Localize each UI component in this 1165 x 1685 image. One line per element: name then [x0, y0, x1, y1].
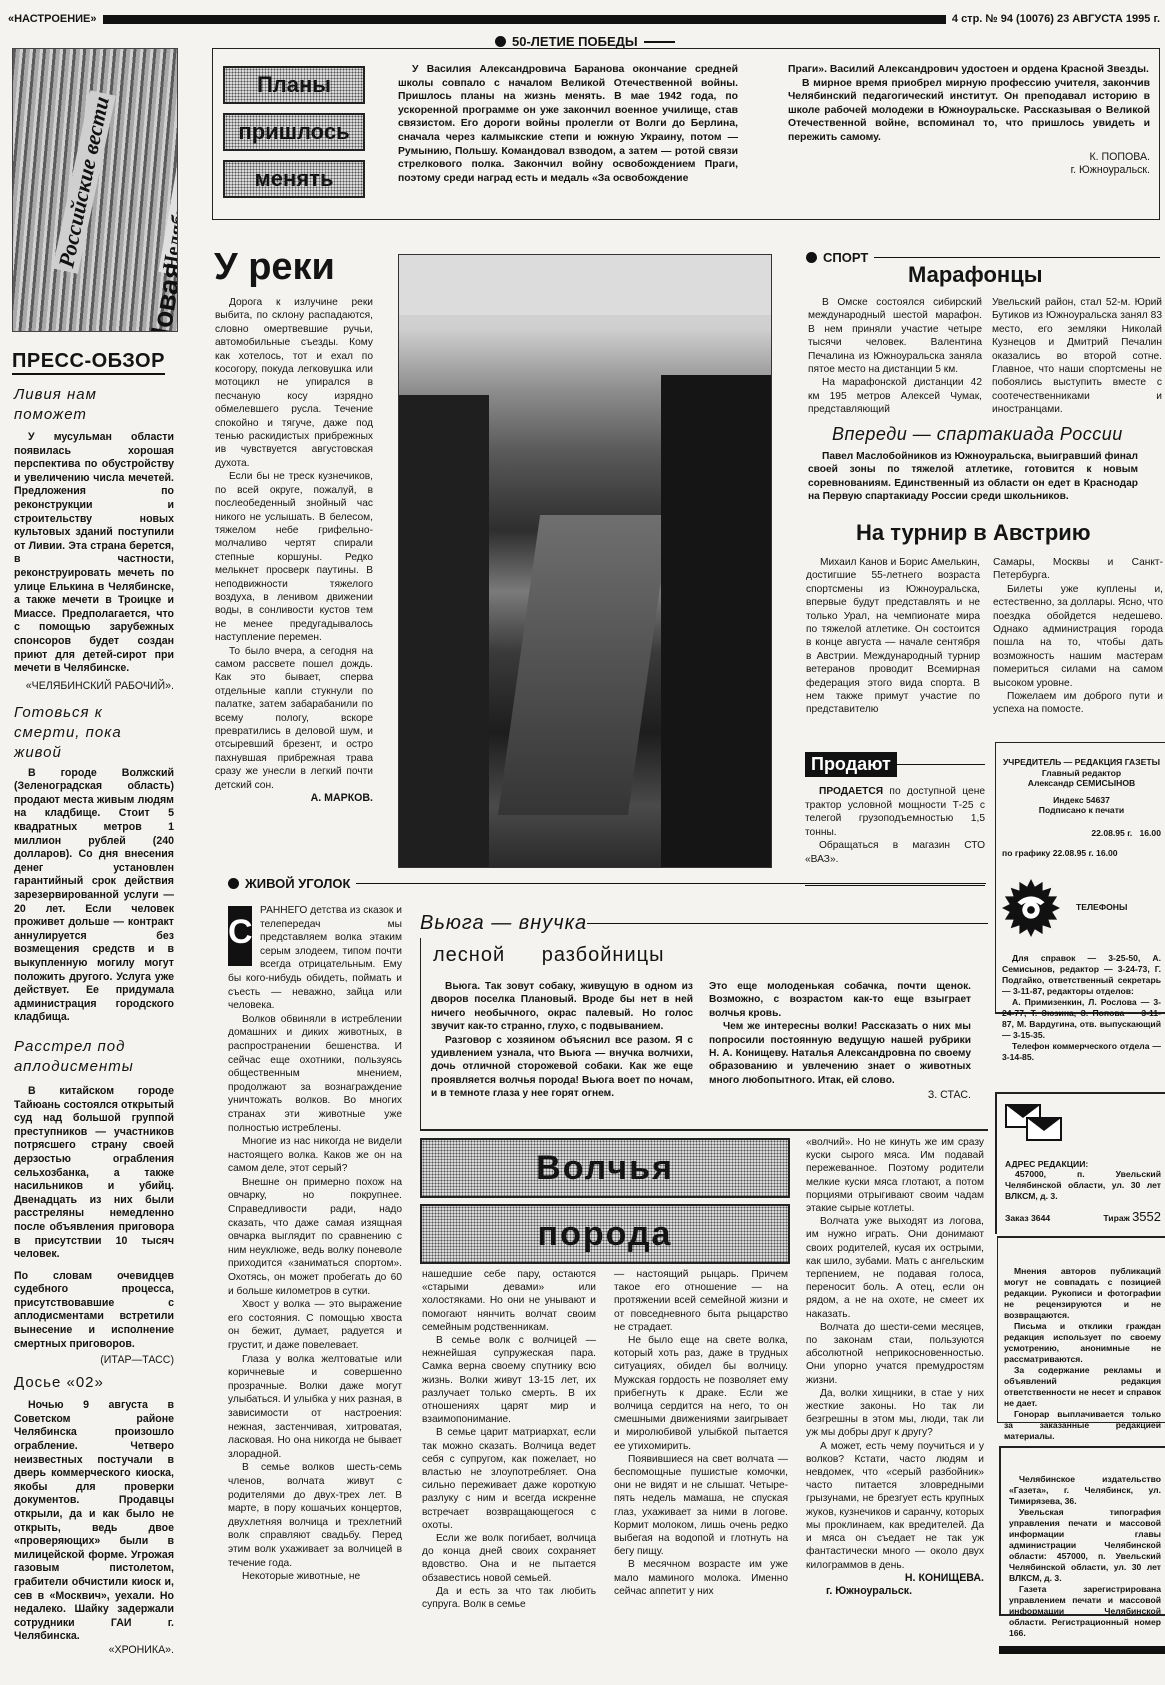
imprint-index: Индекс 54637 — [1002, 795, 1161, 806]
collage-label-2: Челябинский рабочий — [158, 65, 178, 276]
drop-cap: С — [228, 906, 252, 966]
spartakiad-title: Впереди — спартакиада России — [832, 424, 1123, 445]
imprint-signed: Подписано к печати — [1002, 805, 1161, 816]
marathon-col-2: Увельский район, стал 52-м. Юрий Бутиков… — [992, 296, 1162, 417]
wildlife-col-2: нашедшие себе пару, остаются «старыми де… — [422, 1268, 596, 1611]
sale-label: Продают — [805, 752, 897, 777]
bullet-icon — [495, 36, 506, 47]
publisher-box: Челябинское издательство «Газета», г. Че… — [999, 1446, 1165, 1616]
circulation: 3552 — [1132, 1209, 1161, 1224]
phones-label: ТЕЛЕФОНЫ — [1076, 902, 1127, 913]
river-author: А. МАРКОВ. — [215, 792, 373, 805]
victory-box: Планы пришлось менять У Василия Александ… — [212, 48, 1160, 220]
blizzard-author: З. СТАС. — [709, 1089, 971, 1102]
imprint-founder: УЧРЕДИТЕЛЬ — РЕДАКЦИЯ ГАЗЕТЫ — [1002, 757, 1161, 768]
order-number: Заказ 3644 — [1005, 1213, 1050, 1224]
disclaimer-box: Мнения авторов публикаций могут не совпа… — [997, 1236, 1165, 1423]
blizzard-col-1: Вьюга. Так зовут собаку, живущую в одном… — [431, 980, 693, 1101]
austria-title: На турнир в Австрию — [856, 520, 1091, 546]
spartakiad-body: Павел Маслобойников из Южноуральска, выи… — [808, 450, 1138, 504]
river-landscape-photo — [398, 254, 772, 868]
press-item-body: В китайском городе Тайюань состоялся отк… — [14, 1085, 174, 1351]
imprint-box: УЧРЕДИТЕЛЬ — РЕДАКЦИЯ ГАЗЕТЫ Главный ред… — [995, 742, 1165, 1014]
victory-title-block-3: менять — [223, 160, 365, 198]
envelope-icon — [1005, 1104, 1067, 1144]
collage-label-3: Новая — [143, 260, 178, 332]
wildlife-section-header: ЖИВОЙ УГОЛОК — [228, 876, 986, 891]
telephone-icon — [1002, 879, 1060, 937]
header-rule — [103, 15, 946, 24]
phones-list: Для справок — 3-25-50, А. Семисынов, ред… — [1002, 953, 1161, 1063]
collage-label-1: Российские вести — [52, 90, 115, 274]
river-article: Дорога к излучине реки выбита, по склону… — [215, 296, 373, 805]
press-item-body: У мусульман области появилась хорошая пе… — [14, 431, 174, 676]
press-item-source: «ХРОНИКА». — [14, 1644, 174, 1657]
rubric-label: «НАСТРОЕНИЕ» — [8, 13, 97, 25]
bullet-icon — [806, 252, 817, 263]
press-collage-image: Российские вести Челябинский рабочий Нов… — [12, 48, 178, 332]
victory-section-header: 50-ЛЕТИЕ ПОБЕДЫ — [495, 34, 675, 49]
victory-col-1: У Василия Александровича Баранова оконча… — [398, 63, 738, 185]
page-header: «НАСТРОЕНИЕ» 4 стр. № 94 (10076) 23 АВГУ… — [8, 8, 1160, 30]
imprint-signed-time: 22.08.95 г. 16.00 — [1002, 828, 1161, 839]
sale-section: Продают ПРОДАЕТСЯ по доступной цене трак… — [805, 752, 985, 886]
sale-body: ПРОДАЕТСЯ по доступной цене трактор усло… — [805, 785, 985, 867]
press-item-body: Ночью 9 августа в Советском районе Челяб… — [14, 1399, 174, 1644]
press-item-source: «ЧЕЛЯБИНСКИЙ РАБОЧИЙ». — [24, 680, 174, 693]
wildlife-col-3: — настоящий рыцарь. Причем такое его отн… — [614, 1268, 788, 1598]
address-label: АДРЕС РЕДАКЦИИ: — [1005, 1159, 1161, 1170]
bullet-icon — [228, 878, 239, 889]
blizzard-title-line-1: Вьюга — внучка — [420, 912, 988, 935]
marathon-title: Марафонцы — [908, 262, 1043, 288]
address-box: АДРЕС РЕДАКЦИИ: 457000, п. Увельский Чел… — [995, 1092, 1165, 1234]
press-review-title: ПРЕСС-ОБЗОР — [12, 350, 165, 375]
blizzard-col-2: Это еще молоденькая собачка, почти щенок… — [709, 980, 971, 1102]
river-title: У реки — [214, 246, 335, 289]
address-text: 457000, п. Увельский Челябинской области… — [1005, 1169, 1161, 1202]
bottom-rule — [999, 1646, 1165, 1654]
wildlife-col-1: С РАННЕГО детства из сказок и телепереда… — [228, 904, 402, 1584]
austria-col-2: Самары, Москвы и Санкт-Петербурга. Билет… — [993, 556, 1163, 717]
blizzard-box: лесной разбойницы Вьюга. Так зовут собак… — [420, 938, 988, 1131]
press-item-headline: Расстрел под аплодисменты — [14, 1037, 144, 1077]
wolf-article-author: Н. КОНИЩЕВА. — [806, 1572, 984, 1585]
victory-col-2: Праги». Василий Александрович удостоен и… — [788, 63, 1150, 177]
issue-info: 4 стр. № 94 (10076) 23 АВГУСТА 1995 г. — [952, 13, 1160, 25]
wildlife-col-4: «волчий». Но не кинуть же им сразу куски… — [806, 1136, 984, 1598]
press-item-source: (ИТАР—ТАСС) — [14, 1354, 174, 1367]
austria-col-1: Михаил Канов и Борис Амелькин, достигшие… — [806, 556, 980, 717]
imprint-editor-role: Главный редактор — [1002, 768, 1161, 779]
marathon-col-1: В Омске состоялся сибирский международны… — [808, 296, 982, 417]
press-item-headline: Досье «02» — [14, 1373, 174, 1393]
press-item-body: В городе Волжский (Зеленоградская област… — [14, 767, 174, 1025]
victory-city: г. Южноуральск. — [788, 164, 1150, 177]
press-item-headline: Ливия нам поможет — [14, 385, 174, 425]
imprint-schedule: по графику 22.08.95 г. 16.00 — [1002, 848, 1161, 859]
victory-title-block-2: пришлось — [223, 113, 365, 151]
imprint-editor-name: Александр СЕМИСЫНОВ — [1002, 778, 1161, 789]
victory-author: К. ПОПОВА. — [788, 151, 1150, 164]
blizzard-title-line-2: лесной разбойницы — [433, 944, 664, 967]
wolf-article-city: г. Южноуральск. — [806, 1585, 984, 1598]
press-review-column: Ливия нам поможет У мусульман области по… — [14, 385, 174, 1657]
wolf-title-block-2: порода — [420, 1204, 790, 1264]
press-item-headline: Готовься к смерти, пока живой — [14, 703, 124, 763]
wolf-title-block-1: Волчья — [420, 1138, 790, 1198]
victory-title-block-1: Планы — [223, 66, 365, 104]
